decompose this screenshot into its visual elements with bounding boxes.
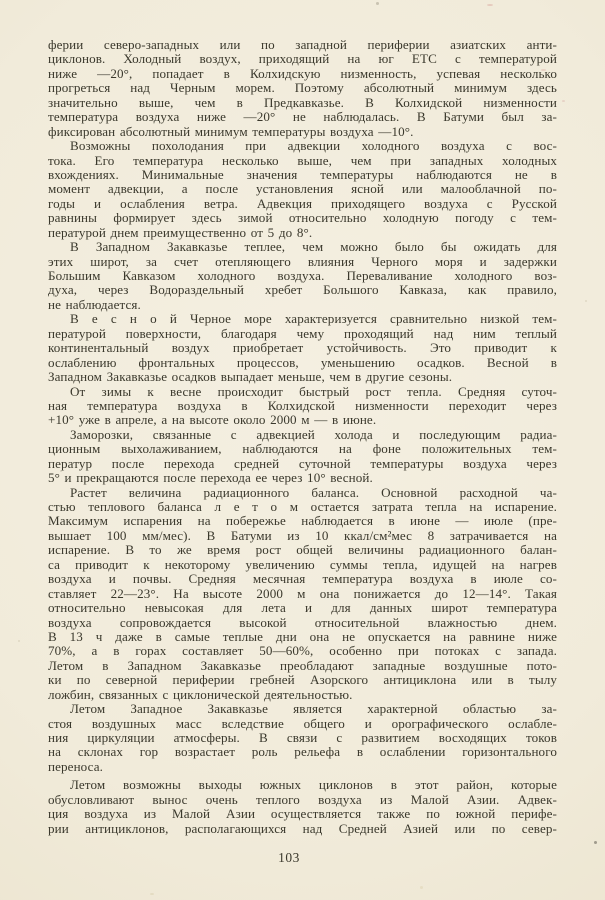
- text-line: са приводит к некоторому увеличению сумм…: [48, 558, 557, 572]
- scan-speck: [594, 841, 597, 844]
- text-line: вышает 100 мм/мес). В Батуми из 10 ккал/…: [48, 529, 557, 543]
- scan-speck: [150, 893, 154, 895]
- text-line: фиксирован абсолютный минимум температур…: [48, 125, 557, 139]
- text-line: В е с н о й Черное море характеризуется …: [48, 312, 557, 326]
- text-line: 70%, а в горах составляет 50—60%, особен…: [48, 644, 557, 658]
- text-line: От зимы к весне происходит быстрый рост …: [48, 385, 557, 399]
- text-line: Летом Западное Закавказье является харак…: [48, 702, 557, 716]
- text-line: ния циркуляции атмосферы. В связи с разв…: [48, 731, 557, 745]
- text-line: ператур после перехода средней суточной …: [48, 457, 557, 471]
- text-line: на склонах гор возрастает роль рельефа в…: [48, 745, 557, 759]
- scan-speck: [420, 886, 423, 889]
- text-line: температура воздуха ниже —20° не наблюда…: [48, 110, 557, 124]
- text-line: ниже —20°, попадает в Колхидскую низменн…: [48, 67, 557, 81]
- scan-speck: [18, 640, 20, 642]
- text-line: этих широт, за счет отепляющего влияния …: [48, 255, 557, 269]
- text-line: воздуха сопровождается высокой относител…: [48, 616, 557, 630]
- text-line: Заморозки, связанные с адвекцией холода …: [48, 428, 557, 442]
- paragraph: В Западном Закавказье теплее, чем можно …: [48, 240, 557, 312]
- paragraph: Летом возможны выходы южных циклонов в э…: [48, 778, 557, 836]
- text-line: переноса.: [48, 760, 557, 774]
- text-line: ционным выхолаживанием, наблюдаются на ф…: [48, 442, 557, 456]
- scan-speck: [487, 4, 493, 6]
- text-line: относительно невысокая для лета и для да…: [48, 601, 557, 615]
- scan-speck: [585, 300, 587, 302]
- text-line: 5° и прекращаются после перехода ее чере…: [48, 471, 557, 485]
- scan-speck: [562, 100, 565, 102]
- text-line: не наблюдается.: [48, 298, 557, 312]
- paragraph: От зимы к весне происходит быстрый рост …: [48, 385, 557, 428]
- text-line: годы и ослабления ветра. Адвекция приход…: [48, 197, 557, 211]
- text-line: ция воздуха из Малой Азии осуществляется…: [48, 807, 557, 821]
- text-line: Максимум испарения на побережье наблюдае…: [48, 514, 557, 528]
- text-line: рии антициклонов, располагающихся над Ср…: [48, 822, 557, 836]
- paragraph: Растет величина радиационного баланса. О…: [48, 486, 557, 703]
- text-line: ослаблению фронтальных процессов, уменьш…: [48, 356, 557, 370]
- text-line: стью теплового баланса л е т о м остаетс…: [48, 500, 557, 514]
- paragraph: Возможны похолодания при адвекции холодн…: [48, 139, 557, 240]
- text-line: Летом возможны выходы южных циклонов в э…: [48, 778, 557, 792]
- text-line: Возможны похолодания при адвекции холодн…: [48, 139, 557, 153]
- scanned-page: ферии северо-западных или по западной пе…: [0, 0, 605, 900]
- text-line: +10° уже в апреле, а на высоте около 200…: [48, 413, 557, 427]
- text-line: вхождениях. Минимальные значения темпера…: [48, 168, 557, 182]
- text-line: Западном Закавказье осадков выпадает мен…: [48, 370, 557, 384]
- text-line: испарение. В то же время рост общей вели…: [48, 543, 557, 557]
- text-line: ки по северной периферии гребней Азорско…: [48, 673, 557, 687]
- text-line: Большим Кавказом холодного воздуха. Пере…: [48, 269, 557, 283]
- text-line: циклонов. Холодный воздух, приходящий на…: [48, 52, 557, 66]
- text-line: прогреться над Черным морем. Поэтому абс…: [48, 81, 557, 95]
- text-line: В Западном Закавказье теплее, чем можно …: [48, 240, 557, 254]
- text-line: ферии северо-западных или по западной пе…: [48, 38, 557, 52]
- text-line: В 13 ч даже в самые теплые дни она не оп…: [48, 630, 557, 644]
- text-line: воздуха и почвы. Средняя месячная темпер…: [48, 572, 557, 586]
- text-line: духа, через Водораздельный хребет Большо…: [48, 283, 557, 297]
- text-line: пературой днем преимущественно от 5 до 8…: [48, 226, 557, 240]
- text-line: равнины формирует здесь зимой относитель…: [48, 211, 557, 225]
- scan-speck: [376, 2, 379, 5]
- text-line: ставляет 22—23°. На высоте 2000 м она по…: [48, 587, 557, 601]
- text-line: обусловливают вынос очень теплого воздух…: [48, 793, 557, 807]
- text-line: Летом в Западном Закавказье преобладают …: [48, 659, 557, 673]
- text-line: ная температура воздуха в Колхидской низ…: [48, 399, 557, 413]
- text-line: Растет величина радиационного баланса. О…: [48, 486, 557, 500]
- paragraph: Летом Западное Закавказье является харак…: [48, 702, 557, 774]
- text-line: значительно выше, чем в Предкавказье. В …: [48, 96, 557, 110]
- text-line: момент адвекции, а после установления яс…: [48, 182, 557, 196]
- text-line: тока. Его температура несколько выше, че…: [48, 154, 557, 168]
- text-line: пературой поверхности, благодаря чему пр…: [48, 327, 557, 341]
- text-line: ложбин, связанных с циклонической деятел…: [48, 688, 557, 702]
- paragraph: Заморозки, связанные с адвекцией холода …: [48, 428, 557, 486]
- paragraph: ферии северо-западных или по западной пе…: [48, 38, 557, 139]
- text-line: стоя воздушных масс вследствие общего и …: [48, 717, 557, 731]
- page-number: 103: [48, 850, 530, 866]
- text-column: ферии северо-западных или по западной пе…: [48, 38, 557, 836]
- text-line: континентальный воздух приобретает устой…: [48, 341, 557, 355]
- paragraph: В е с н о й Черное море характеризуется …: [48, 312, 557, 384]
